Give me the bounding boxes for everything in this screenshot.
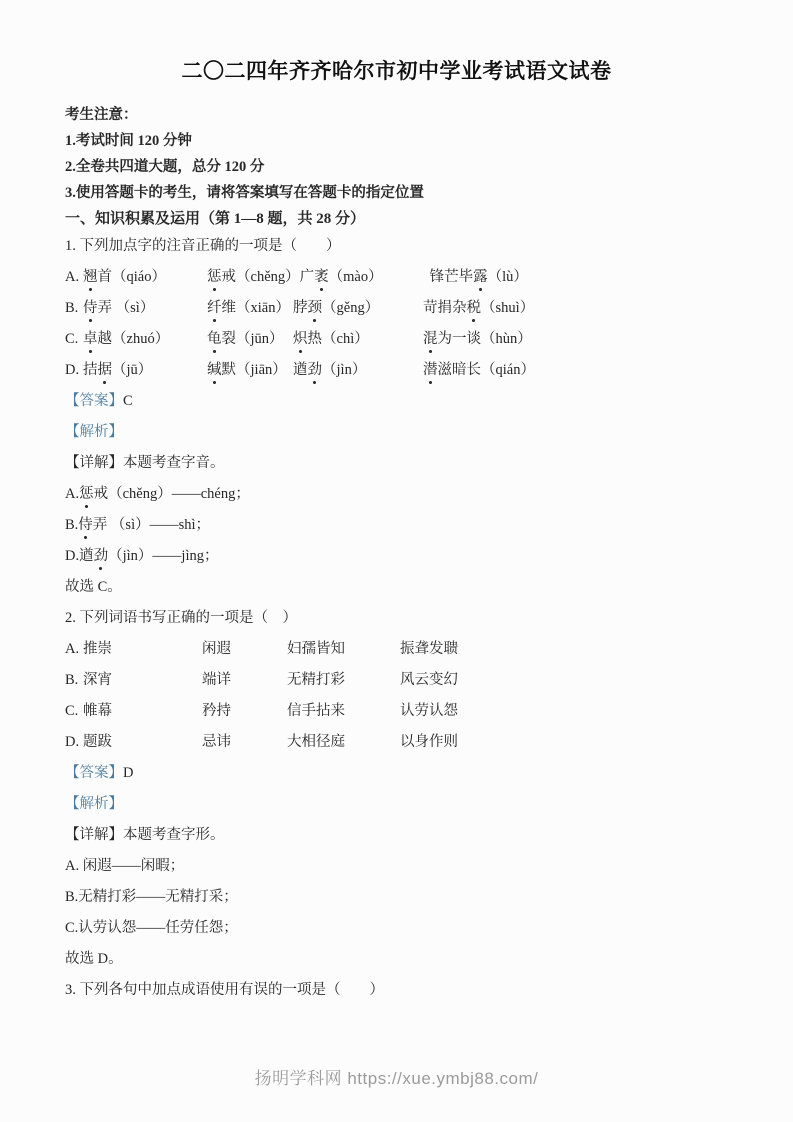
option-item: 矜持 xyxy=(202,701,287,721)
option-item: 翘首（qiáo） xyxy=(83,267,207,287)
question-2: 2. 下列词语书写正确的一项是（ ） A. 推崇 闲遐 妇孺皆知 振聋发聩 B.… xyxy=(65,608,728,969)
q2-answer-line: 【答案】D xyxy=(65,763,728,783)
q1-detail-line: A.惩戒（chěng）——chéng； xyxy=(65,484,728,504)
option-item: 炽热（chì） xyxy=(293,329,423,349)
option-item: 脖颈（gěng） xyxy=(293,298,423,318)
option-item: 广袤（mào） xyxy=(300,267,430,287)
section-heading: 一、知识积累及运用（第 1—8 题，共 28 分） xyxy=(65,206,728,232)
option-label: A. xyxy=(65,639,83,659)
option-item: 卓越（zhuó） xyxy=(83,329,207,349)
option-item: 妇孺皆知 xyxy=(287,639,400,659)
analysis-label: 【解析】 xyxy=(65,796,123,812)
q2-detail-line: 故选 D。 xyxy=(65,949,728,969)
q2-detail-line: C.认劳认怨——任劳任怨； xyxy=(65,918,728,938)
notice-heading: 考生注意： xyxy=(65,102,728,128)
q1-option-b: B. 侍弄 （sì） 纤维（xiān） 脖颈（gěng） 苛捐杂税（shuì） xyxy=(65,298,728,318)
option-item: 潜滋暗长（qián） xyxy=(423,360,535,380)
q2-stem: 2. 下列词语书写正确的一项是（ ） xyxy=(65,608,728,628)
option-item: 缄默（jiān） xyxy=(207,360,293,380)
option-label: C. xyxy=(65,329,83,349)
option-item: 帷幕 xyxy=(83,701,202,721)
answer-value: D xyxy=(123,765,133,781)
option-item: 拮据（jū） xyxy=(83,360,207,380)
option-item: 端详 xyxy=(202,670,287,690)
exam-document-page: 二〇二四年齐齐哈尔市初中学业考试语文试卷 考生注意： 1.考试时间 120 分钟… xyxy=(0,0,793,1122)
option-item: 信手拈来 xyxy=(287,701,400,721)
option-item: 认劳认怨 xyxy=(400,701,458,721)
q2-detail-line: 【详解】本题考查字形。 xyxy=(65,825,728,845)
q2-detail-line: B.无精打彩——无精打采； xyxy=(65,887,728,907)
option-item: 遒劲（jìn） xyxy=(293,360,423,380)
q1-stem: 1. 下列加点字的注音正确的一项是（ ） xyxy=(65,236,728,256)
option-item: 风云变幻 xyxy=(400,670,458,690)
option-item: 侍弄 （sì） xyxy=(83,298,207,318)
footer-link[interactable]: https://xue.ymbj88.com/ xyxy=(347,1069,538,1088)
q1-option-a: A. 翘首（qiáo） 惩戒（chěng） 广袤（mào） 锋芒毕露（lù） xyxy=(65,267,728,287)
q2-option-b: B. 深宵 端详 无精打彩 风云变幻 xyxy=(65,670,728,690)
option-item: 闲遐 xyxy=(202,639,287,659)
option-item: 忌讳 xyxy=(202,732,287,752)
q3-stem: 3. 下列各句中加点成语使用有误的一项是（ ） xyxy=(65,980,728,1000)
option-item: 锋芒毕露（lù） xyxy=(430,267,528,287)
answer-label: 【答案】 xyxy=(65,765,123,781)
q1-analysis-line: 【解析】 xyxy=(65,422,728,442)
option-item: 纤维（xiān） xyxy=(207,298,293,318)
option-item: 龟裂（jūn） xyxy=(207,329,293,349)
option-label: A. xyxy=(65,267,83,287)
footer-watermark: 扬明学科网 https://xue.ymbj88.com/ xyxy=(0,1064,793,1089)
page-title: 二〇二四年齐齐哈尔市初中学业考试语文试卷 xyxy=(65,56,728,86)
option-label: D. xyxy=(65,732,83,752)
q1-detail-line: 【详解】本题考查字音。 xyxy=(65,453,728,473)
option-item: 题跋 xyxy=(83,732,202,752)
option-item: 混为一谈（hùn） xyxy=(423,329,532,349)
q2-detail-line: A. 闲遐——闲暇； xyxy=(65,856,728,876)
notice-item-3: 3.使用答题卡的考生，请将答案填写在答题卡的指定位置 xyxy=(65,180,728,206)
q2-analysis-line: 【解析】 xyxy=(65,794,728,814)
q2-option-a: A. 推崇 闲遐 妇孺皆知 振聋发聩 xyxy=(65,639,728,659)
option-label: C. xyxy=(65,701,83,721)
notice-block: 考生注意： 1.考试时间 120 分钟 2.全卷共四道大题，总分 120 分 3… xyxy=(65,102,728,206)
notice-item-1: 1.考试时间 120 分钟 xyxy=(65,128,728,154)
q1-option-c: C. 卓越（zhuó） 龟裂（jūn） 炽热（chì） 混为一谈（hùn） xyxy=(65,329,728,349)
q1-detail-line: 故选 C。 xyxy=(65,577,728,597)
q1-answer-line: 【答案】C xyxy=(65,391,728,411)
notice-item-2: 2.全卷共四道大题，总分 120 分 xyxy=(65,154,728,180)
option-label: D. xyxy=(65,360,83,380)
option-item: 推崇 xyxy=(83,639,202,659)
option-item: 振聋发聩 xyxy=(400,639,458,659)
q2-option-c: C. 帷幕 矜持 信手拈来 认劳认怨 xyxy=(65,701,728,721)
analysis-label: 【解析】 xyxy=(65,424,123,440)
footer-site-name: 扬明学科网 xyxy=(255,1069,343,1088)
option-item: 以身作则 xyxy=(400,732,458,752)
q1-detail-line: D.遒劲（jìn）——jìng； xyxy=(65,546,728,566)
option-item: 苛捐杂税（shuì） xyxy=(423,298,534,318)
question-1: 1. 下列加点字的注音正确的一项是（ ） A. 翘首（qiáo） 惩戒（chěn… xyxy=(65,236,728,597)
option-item: 无精打彩 xyxy=(287,670,400,690)
q2-option-d: D. 题跋 忌讳 大相径庭 以身作则 xyxy=(65,732,728,752)
q1-option-d: D. 拮据（jū） 缄默（jiān） 遒劲（jìn） 潜滋暗长（qián） xyxy=(65,360,728,380)
option-item: 大相径庭 xyxy=(287,732,400,752)
option-label: B. xyxy=(65,298,83,318)
option-item: 惩戒（chěng） xyxy=(207,267,300,287)
answer-label: 【答案】 xyxy=(65,393,123,409)
q1-detail-line: B.侍弄 （sì）——shì； xyxy=(65,515,728,535)
answer-value: C xyxy=(123,393,133,409)
option-label: B. xyxy=(65,670,83,690)
option-item: 深宵 xyxy=(83,670,202,690)
